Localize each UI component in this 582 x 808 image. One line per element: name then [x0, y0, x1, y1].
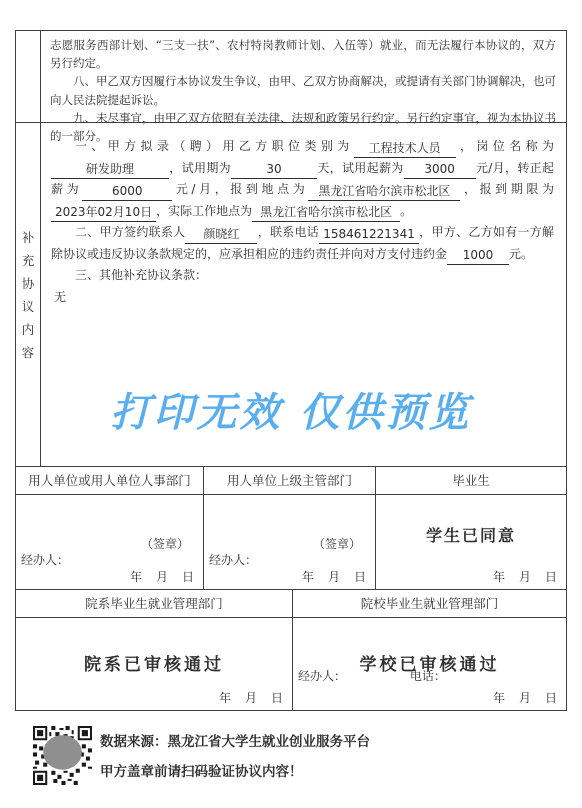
school-operator-line: 经办人： 电话：: [298, 667, 446, 684]
dept-approved-status: 院系已审核通过: [16, 650, 292, 675]
operator-label: 经办人：: [209, 551, 257, 568]
text-segment: ，岗位名称为: [456, 139, 554, 153]
clause-8: 八、甲乙双方因履行本协议发生争议，由甲、乙双方协商解决，或提请有关部门协调解决，…: [50, 72, 556, 108]
field-contact-phone: 158461221341: [319, 227, 419, 244]
sign-header-row-2: 院系毕业生就业管理部门 院校毕业生就业管理部门: [16, 590, 566, 618]
field-penalty-amount: 1000: [447, 248, 509, 265]
header-employer-superior: 用人单位上级主管部门: [204, 467, 376, 494]
supplement-row: 补 充 协 议 内 容 一、甲方拟录（聘）用乙方职位类别为工程技术人员，岗位名称…: [16, 123, 566, 467]
supplement-item-1: 一、甲方拟录（聘）用乙方职位类别为工程技术人员，岗位名称为研发助理，试用期为30…: [51, 136, 554, 222]
agreement-table: 志愿服务西部计划、“三支一扶”、农村特岗教师计划、入伍等）就业，而无法履行本协议…: [15, 30, 567, 711]
clauses-row-label-column: [16, 31, 41, 122]
text-segment: ，试用期为: [169, 161, 231, 175]
date-placeholder: 年 月 日: [130, 568, 195, 585]
text-segment: 一、甲方拟录（聘）用乙方职位类别为: [75, 139, 354, 153]
side-label-char: 内: [22, 318, 35, 341]
header-graduate: 毕业生: [376, 467, 566, 494]
header-dept-employment-office: 院系毕业生就业管理部门: [16, 590, 293, 617]
field-post-name: 研发助理: [51, 162, 169, 179]
student-agreed-status: 学生已同意: [376, 523, 566, 546]
graduate-signature-cell: 学生已同意 年 月 日: [376, 495, 566, 589]
qr-privacy-blob: [43, 735, 82, 770]
field-work-location: 黑龙江省哈尔滨市松北区: [252, 205, 400, 222]
text-segment: 。: [400, 204, 412, 218]
side-label-char: 补: [22, 226, 35, 249]
field-contact-name: 颜晓红: [185, 227, 257, 244]
side-label-char: 充: [22, 249, 35, 272]
clauses-row: 志愿服务西部计划、“三支一扶”、农村特岗教师计划、入伍等）就业，而无法履行本协议…: [16, 31, 566, 123]
supplement-item-2: 二、甲方签约联系人颜晓红，联系电话158461221341，甲方、乙方如有一方解…: [51, 222, 554, 265]
text-segment: 二、甲方签约联系人: [75, 225, 185, 239]
side-label-char: 容: [22, 341, 35, 364]
field-report-location: 黑龙江省哈尔滨市松北区: [308, 184, 460, 201]
header-school-employment-office: 院校毕业生就业管理部门: [293, 590, 566, 617]
supplement-item-3: 三、其他补充协议条款：: [51, 265, 554, 287]
supplement-content: 一、甲方拟录（聘）用乙方职位类别为工程技术人员，岗位名称为研发助理，试用期为30…: [41, 123, 566, 466]
seal-label: （签章）: [141, 535, 189, 552]
sign-cells-row-1: （签章） 经办人： 年 月 日 （签章） 经办人： 年 月 日 学生已同意 年 …: [16, 495, 566, 590]
text-segment: 元/月，报到地点为: [172, 182, 308, 196]
field-position-category: 工程技术人员: [354, 141, 456, 158]
date-placeholder: 年 月 日: [493, 689, 558, 706]
text-segment: ，联系电话: [257, 225, 319, 239]
field-probation-salary: 3000: [404, 162, 476, 179]
qr-code-image: [33, 726, 92, 785]
supplement-item-3-value: 无: [54, 287, 554, 309]
sign-header-row-1: 用人单位或用人单位人事部门 用人单位上级主管部门 毕业生: [16, 467, 566, 495]
operator-label: 经办人：: [21, 551, 69, 568]
field-probation-days: 30: [231, 162, 317, 179]
date-placeholder: 年 月 日: [302, 568, 367, 585]
field-regular-salary: 6000: [82, 184, 172, 201]
header-employer-hr: 用人单位或用人单位人事部门: [16, 467, 204, 494]
agreement-preview-page: 志愿服务西部计划、“三支一扶”、农村特岗教师计划、入伍等）就业，而无法履行本协议…: [0, 0, 582, 808]
phone-label: 电话：: [410, 669, 446, 683]
side-label-char: 协: [22, 272, 35, 295]
employer-signature-cell: （签章） 经办人： 年 月 日: [16, 495, 204, 589]
text-segment: 三、其他补充协议条款：: [75, 268, 207, 282]
supplement-side-label: 补 充 协 议 内 容: [22, 226, 35, 364]
dept-approval-cell: 院系已审核通过 年 月 日: [16, 618, 293, 710]
field-report-deadline: 2023年02月10日: [51, 205, 156, 222]
side-label-char: 议: [22, 295, 35, 318]
superior-signature-cell: （签章） 经办人： 年 月 日: [204, 495, 376, 589]
date-placeholder: 年 月 日: [219, 689, 284, 706]
text-segment: 元。: [509, 247, 533, 261]
operator-label: 经办人：: [298, 669, 346, 683]
clause-continuation: 志愿服务西部计划、“三支一扶”、农村特岗教师计划、入伍等）就业，而无法履行本协议…: [50, 36, 556, 72]
school-approval-cell: 学校已审核通过 经办人： 电话： 年 月 日: [293, 618, 566, 710]
text-segment: ，实际工作地点为: [156, 204, 252, 218]
data-source-text: 数据来源：黑龙江省大学生就业创业服务平台: [100, 730, 370, 750]
date-placeholder: 年 月 日: [493, 568, 558, 585]
approval-cells-row: 院系已审核通过 年 月 日 学校已审核通过 经办人： 电话： 年 月 日: [16, 618, 566, 710]
clauses-text-block: 志愿服务西部计划、“三支一扶”、农村特岗教师计划、入伍等）就业，而无法履行本协议…: [41, 31, 566, 122]
supplement-side-label-column: 补 充 协 议 内 容: [16, 123, 41, 466]
text-segment: 天，试用起薪为: [317, 161, 404, 175]
scan-notice-text: 甲方盖章前请扫码验证协议内容！: [100, 760, 303, 780]
seal-label: （签章）: [313, 535, 361, 552]
text-segment: ，报到期限为: [460, 182, 554, 196]
